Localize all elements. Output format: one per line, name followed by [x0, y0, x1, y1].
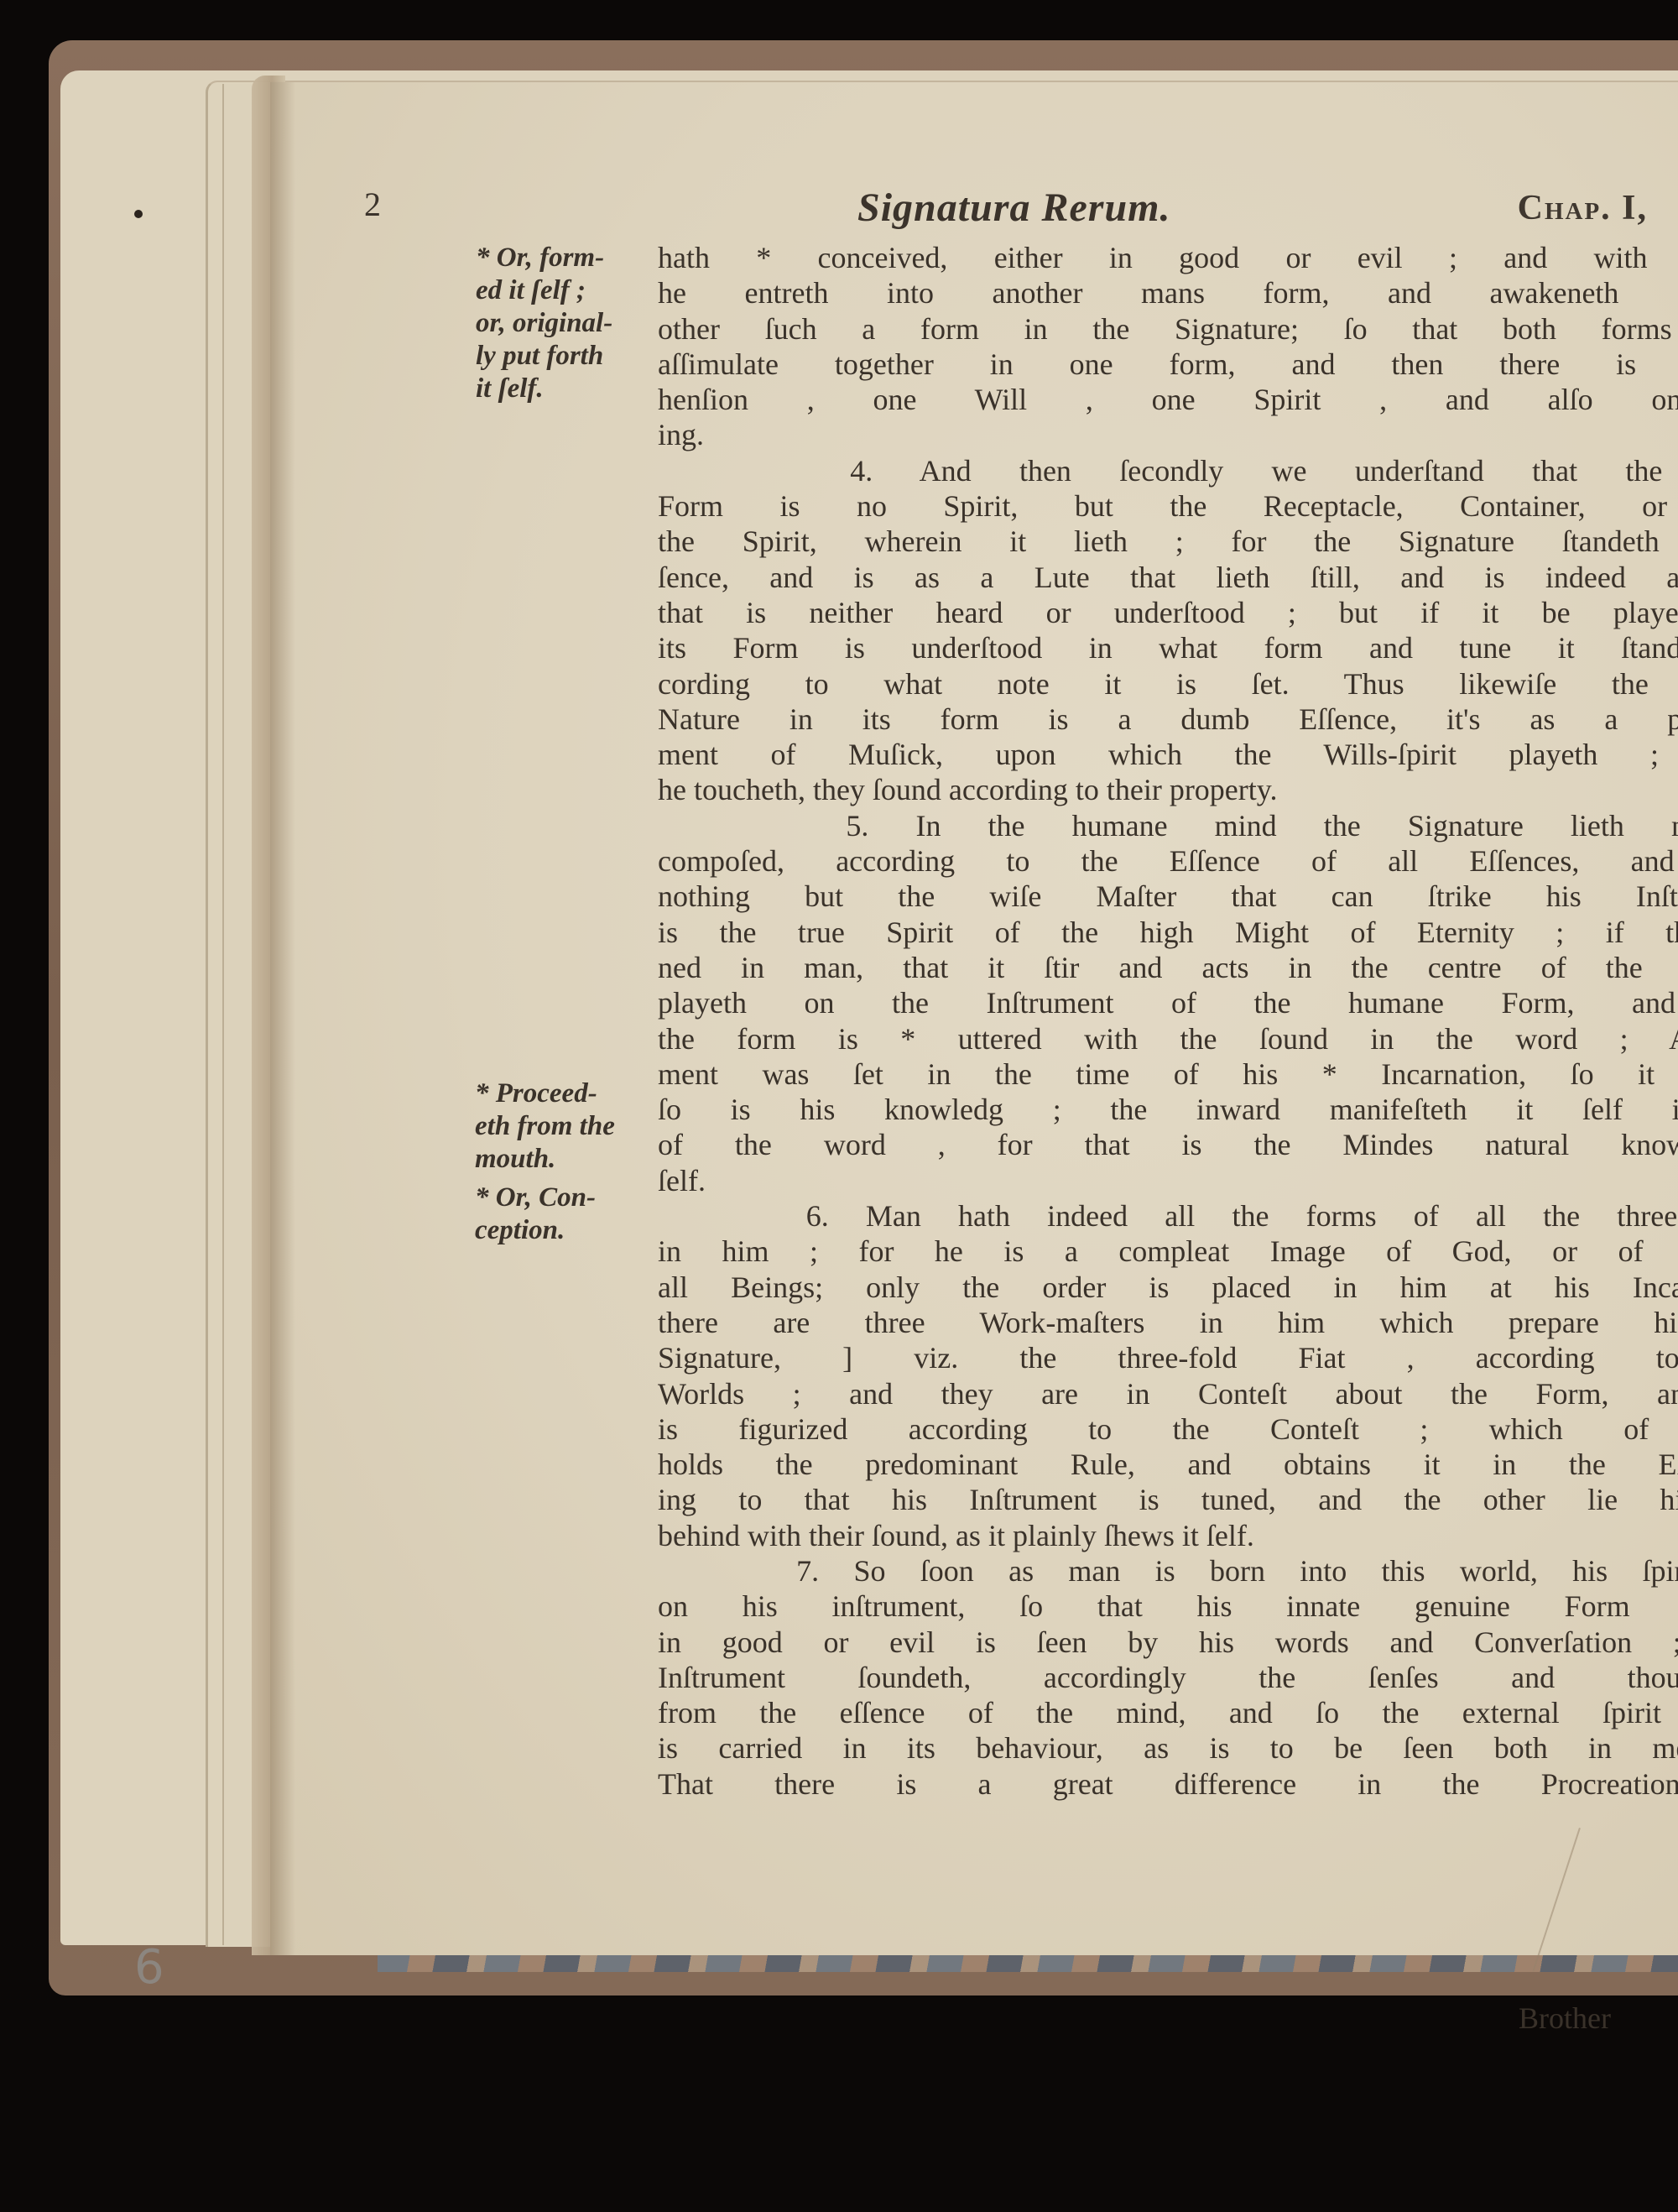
text-line: the Spirit, wherein it lieth ; for the S…: [658, 524, 1678, 559]
page-number: 2: [364, 185, 381, 224]
text-line: Nature in its form is a dumb Eſſence, it…: [658, 702, 1678, 737]
paper-crease: [1532, 1828, 1581, 1972]
text-line: Worlds ; and they are in Conteſt about t…: [658, 1376, 1678, 1411]
text-line: the form is * uttered with the ſound in …: [658, 1021, 1678, 1056]
text-line: Inſtrument ſoundeth, accordingly the ſen…: [658, 1660, 1678, 1695]
text-line: aſſimulate together in one form, and the…: [658, 347, 1678, 382]
text-line: behind with their ſound, as it plainly ſ…: [658, 1518, 1678, 1553]
page-header: 2 Signatura Rerum. Chap. I,: [270, 185, 1678, 235]
text-line: ſence, and is as a Lute that lieth ſtill…: [658, 560, 1678, 595]
chapter-heading: Chap. I,: [1518, 188, 1648, 228]
text-line: Signature, ] viz. the three-fold Fiat , …: [658, 1340, 1678, 1375]
text-line: its Form is underſtood in what form and …: [658, 630, 1678, 665]
text-line: ing to that his Inſtrument is tuned, and…: [658, 1482, 1678, 1517]
margin-note-proceedeth: * Proceed- eth from the mouth.: [475, 1077, 659, 1176]
text-line: ing.: [658, 417, 1678, 452]
text-line: ſelf.: [658, 1163, 1678, 1198]
text-line: on his inſtrument, ſo that his innate ge…: [658, 1589, 1678, 1624]
text-line: he toucheth, they ſound according to the…: [658, 772, 1678, 807]
text-line: of the word , for that is the Mindes nat…: [658, 1127, 1678, 1162]
text-line: That there is a great difference in the …: [658, 1766, 1678, 1802]
paragraph-5-start: 5. In the humane mind the Signature liet…: [658, 808, 1678, 843]
ink-spot: [134, 210, 143, 218]
paragraph-4-start: 4. And then ſecondly we underſtand that …: [658, 453, 1678, 488]
running-title: Signatura Rerum.: [857, 185, 1170, 231]
paragraph-7-start: 7. So ſoon as man is born into this worl…: [658, 1553, 1678, 1589]
text-line: compoſed, according to the Eſſence of al…: [658, 843, 1678, 879]
text-line: Form is no Spirit, but the Receptacle, C…: [658, 488, 1678, 524]
text-line: playeth on the Inſtrument of the humane …: [658, 985, 1678, 1020]
catchword: Brother: [1519, 2001, 1611, 2036]
text-line: hath * conceived, either in good or evil…: [658, 240, 1678, 275]
text-line: ment was ſet in the time of his * Incarn…: [658, 1056, 1678, 1092]
book-page: 2 Signatura Rerum. Chap. I, * Or, form- …: [270, 82, 1678, 1955]
pencil-annotation: 6: [134, 1940, 164, 1995]
text-line: that is neither heard or underſtood ; bu…: [658, 595, 1678, 630]
text-line: henſion , one Will , one Spirit , and al…: [658, 382, 1678, 417]
text-line: ned in man, that it ſtir and acts in the…: [658, 950, 1678, 985]
text-line: other ſuch a form in the Signature; ſo t…: [658, 311, 1678, 347]
text-line: nothing but the wiſe Maſter that can ſtr…: [658, 879, 1678, 914]
margin-note-formed: * Or, form- ed it ſelf ; or, original- l…: [476, 242, 660, 405]
text-line: ment of Muſick, upon which the Wills-ſpi…: [658, 737, 1678, 772]
page-edge-shadow: [270, 82, 295, 1955]
text-line: ſo is his knowledg ; the inward manifeſt…: [658, 1092, 1678, 1127]
text-line: in him ; for he is a compleat Image of G…: [658, 1234, 1678, 1269]
text-line: in good or evil is ſeen by his words and…: [658, 1625, 1678, 1660]
text-line: is figurized according to the Conteſt ; …: [658, 1411, 1678, 1447]
margin-note-conception: * Or, Con- ception.: [475, 1182, 659, 1247]
text-line: is carried in its behaviour, as is to be…: [658, 1730, 1678, 1766]
body-text: hath * conceived, either in good or evil…: [658, 240, 1678, 1802]
text-line: all Beings; only the order is placed in …: [658, 1270, 1678, 1305]
text-line: he entreth into another mans form, and a…: [658, 275, 1678, 310]
text-line: there are three Work-maſters in him whic…: [658, 1305, 1678, 1340]
text-line: cording to what note it is ſet. Thus lik…: [658, 666, 1678, 702]
text-line: holds the predominant Rule, and obtains …: [658, 1447, 1678, 1482]
text-line: is the true Spirit of the high Might of …: [658, 915, 1678, 950]
paragraph-6-start: 6. Man hath indeed all the forms of all …: [658, 1198, 1678, 1234]
text-line: from the eſſence of the mind, and ſo the…: [658, 1695, 1678, 1730]
